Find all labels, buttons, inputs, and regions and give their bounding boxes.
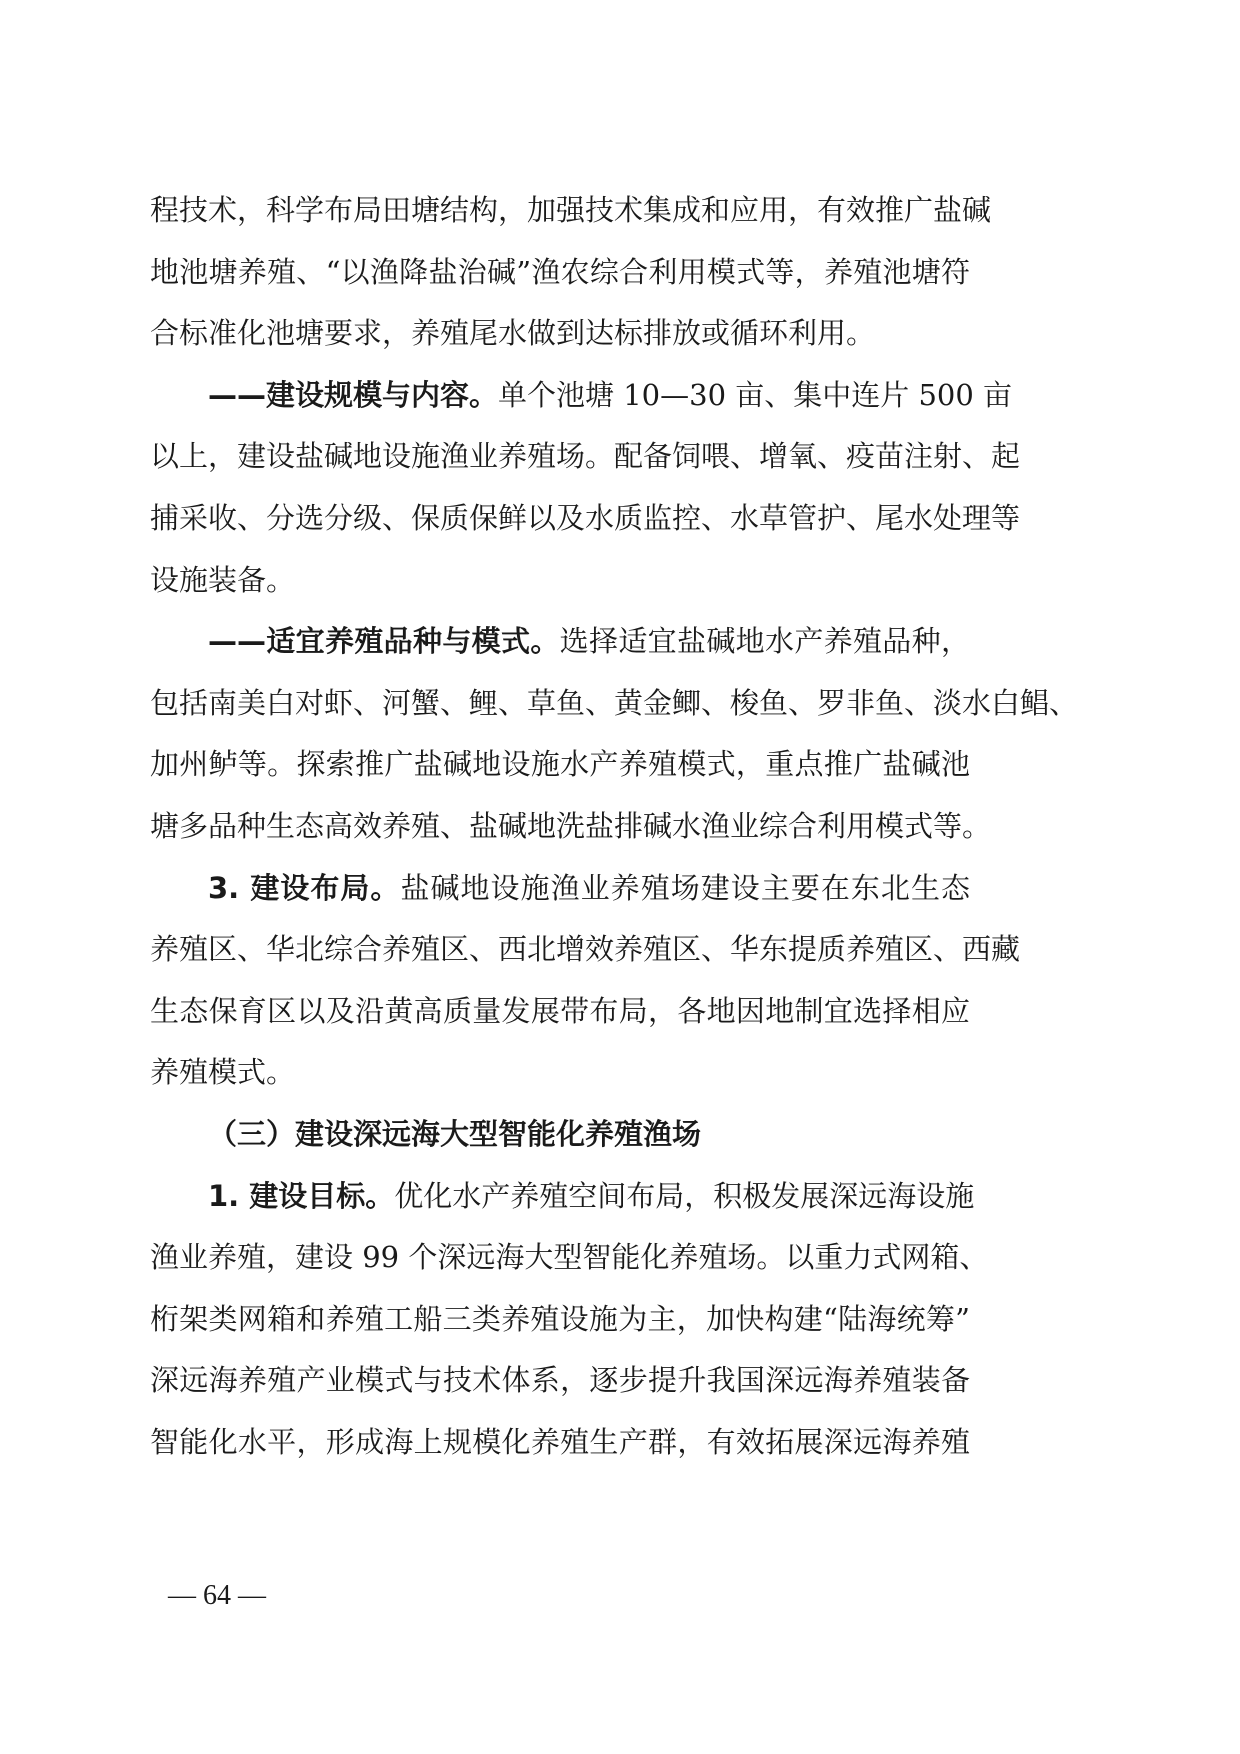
document-page: 程技术，科学布局田塘结构，加强技术集成和应用，有效推广盐碱 地池塘养殖、“以渔降… — [0, 0, 1240, 1754]
paragraph-line: 加州鲈等。探索推广盐碱地设施水产养殖模式，重点推广盐碱池 — [150, 734, 970, 796]
paragraph-line: 桁架类网箱和养殖工船三类养殖设施为主，加快构建“陆海统筹” — [150, 1289, 970, 1351]
paragraph-line: 渔业养殖，建设 99 个深远海大型智能化养殖场。以重力式网箱、 — [150, 1227, 970, 1289]
subsection-lead: ——建设规模与内容。 — [208, 378, 498, 412]
paragraph-first-line: ——适宜养殖品种与模式。选择适宜盐碱地水产养殖品种， — [150, 611, 970, 673]
paragraph-first-line: ——建设规模与内容。单个池塘 10—30 亩、集中连片 500 亩 — [150, 365, 970, 427]
paragraph-line: 养殖区、华北综合养殖区、西北增效养殖区、华东提质养殖区、西藏 — [150, 919, 970, 981]
paragraph-line: 地池塘养殖、“以渔降盐治碱”渔农综合利用模式等，养殖池塘符 — [150, 242, 970, 304]
paragraph-line: 深远海养殖产业模式与技术体系，逐步提升我国深远海养殖装备 — [150, 1350, 970, 1412]
numbered-lead: 3. 建设布局。 — [208, 871, 400, 905]
paragraph-text: 选择适宜盐碱地水产养殖品种， — [560, 624, 970, 658]
paragraph-first-line: 3. 建设布局。盐碱地设施渔业养殖场建设主要在东北生态 — [150, 858, 970, 920]
paragraph-line: 包括南美白对虾、河蟹、鲤、草鱼、黄金鲫、梭鱼、罗非鱼、淡水白鲳、 — [150, 673, 970, 735]
paragraph-line: 设施装备。 — [150, 550, 970, 612]
paragraph-text: 单个池塘 10—30 亩、集中连片 500 亩 — [498, 378, 1012, 412]
paragraph-line: 养殖模式。 — [150, 1042, 970, 1104]
paragraph-text: 优化水产养殖空间布局，积极发展深远海设施 — [394, 1179, 974, 1213]
numbered-lead: 1. 建设目标。 — [208, 1179, 394, 1213]
subsection-lead: ——适宜养殖品种与模式。 — [208, 624, 560, 658]
paragraph-line: 合标准化池塘要求，养殖尾水做到达标排放或循环利用。 — [150, 303, 970, 365]
paragraph-text: 盐碱地设施渔业养殖场建设主要在东北生态 — [400, 871, 970, 905]
paragraph-line: 智能化水平，形成海上规模化养殖生产群，有效拓展深远海养殖 — [150, 1412, 970, 1474]
page-number: — 64 — — [168, 1580, 266, 1612]
paragraph-line: 捕采收、分选分级、保质保鲜以及水质监控、水草管护、尾水处理等 — [150, 488, 970, 550]
paragraph-first-line: 1. 建设目标。优化水产养殖空间布局，积极发展深远海设施 — [150, 1166, 970, 1228]
paragraph-line: 塘多品种生态高效养殖、盐碱地洗盐排碱水渔业综合利用模式等。 — [150, 796, 970, 858]
body-text: 程技术，科学布局田塘结构，加强技术集成和应用，有效推广盐碱 地池塘养殖、“以渔降… — [150, 180, 970, 1473]
section-heading: （三）建设深远海大型智能化养殖渔场 — [150, 1104, 970, 1166]
paragraph-line: 以上，建设盐碱地设施渔业养殖场。配备饲喂、增氧、疫苗注射、起 — [150, 426, 970, 488]
paragraph-line: 程技术，科学布局田塘结构，加强技术集成和应用，有效推广盐碱 — [150, 180, 970, 242]
paragraph-line: 生态保育区以及沿黄高质量发展带布局，各地因地制宜选择相应 — [150, 981, 970, 1043]
